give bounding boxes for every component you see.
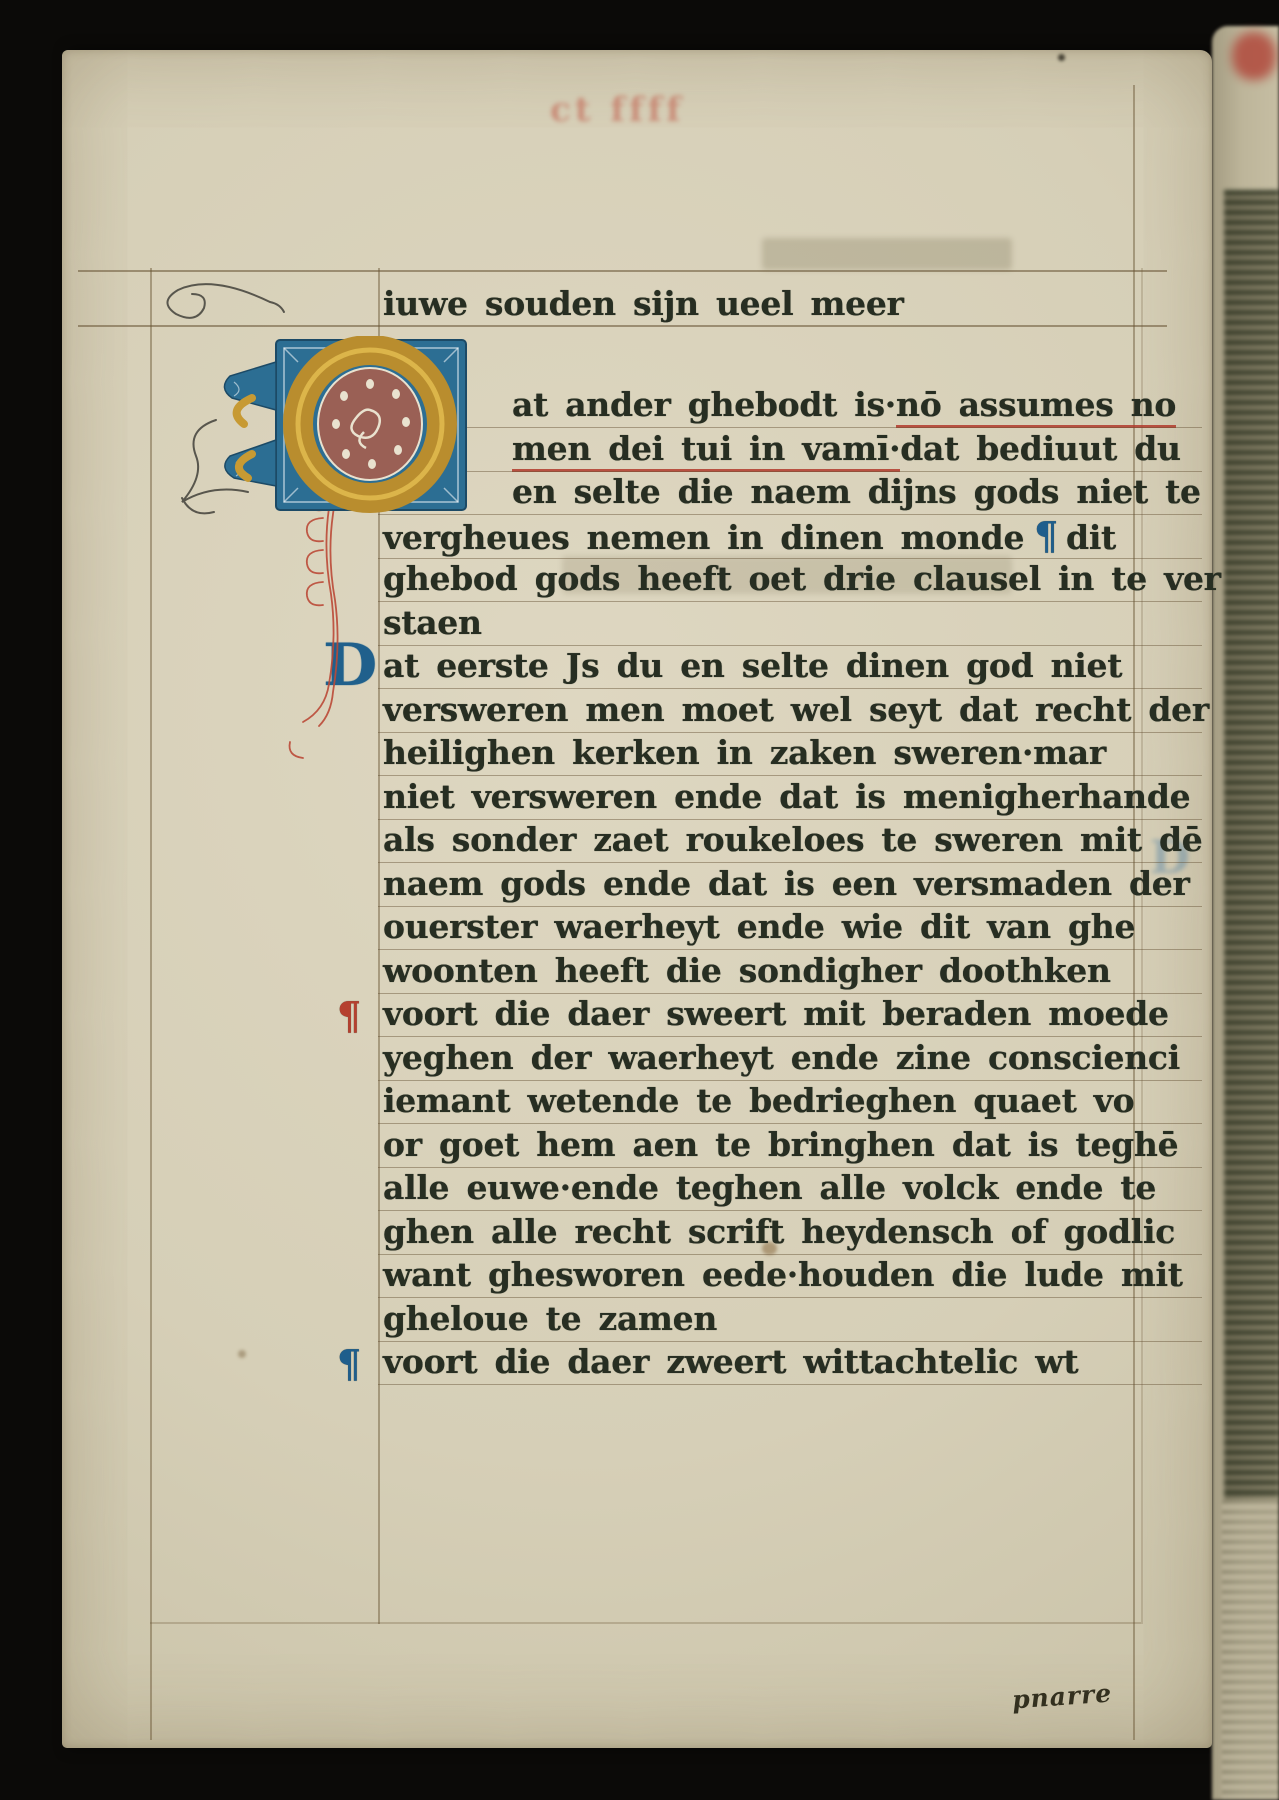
text-line: ouerster waerheyt ende wie dit van ghe bbox=[383, 905, 1211, 951]
fore-edge-next-leaf bbox=[1212, 26, 1279, 1800]
text-segment: ouerster waerheyt ende wie dit van ghe bbox=[383, 907, 1135, 946]
text-segment: or goet hem aen te bringhen dat is teghē bbox=[383, 1125, 1178, 1164]
text-line: als sonder zaet roukeloes te sweren mit … bbox=[383, 818, 1211, 864]
pilcrow-mark-blue: ¶ bbox=[1034, 513, 1058, 558]
manuscript-page: ct ffff D bbox=[62, 50, 1212, 1748]
text-segment: gheloue te zamen bbox=[383, 1299, 717, 1338]
text-segment: versweren men moet wel seyt dat recht de… bbox=[383, 690, 1209, 729]
text-line: want ghesworen eede·houden die lude mit bbox=[383, 1253, 1211, 1299]
text-segment: at eerste Js du en selte dinen god niet bbox=[383, 646, 1122, 685]
pilcrow-mark-red: ¶ bbox=[337, 994, 361, 1038]
illuminated-initial-D bbox=[218, 336, 473, 514]
text-segment: iuwe souden sijn ueel meer bbox=[383, 284, 904, 323]
text-line: ghen alle recht scrift heydensch of godl… bbox=[383, 1210, 1211, 1256]
text-line: vergheues nemen in dinen monde¶dit bbox=[383, 514, 1211, 560]
text-segment: dit bbox=[1066, 518, 1116, 557]
text-segment: dat bediuut du bbox=[900, 429, 1180, 468]
text-line: en selte die naem dijns gods niet te bbox=[512, 470, 1279, 516]
text-line: at ander ghebodt is·nō assumes no bbox=[512, 383, 1279, 429]
rubricated-latin-text: nō assumes no bbox=[896, 385, 1176, 428]
text-line: ghebod gods heeft oet drie clausel in te… bbox=[383, 557, 1211, 603]
rubricated-latin-text: men dei tui in vamī· bbox=[512, 429, 900, 472]
text-segment: als sonder zaet roukeloes te sweren mit … bbox=[383, 820, 1202, 859]
text-segment: en selte die naem dijns gods niet te bbox=[512, 472, 1201, 511]
text-segment: ghebod gods heeft oet drie clausel in te… bbox=[383, 559, 1221, 598]
text-segment: voort die daer sweert mit beraden moede bbox=[383, 994, 1169, 1033]
text-line: naem gods ende dat is een versmaden der bbox=[383, 862, 1211, 908]
text-line: or goet hem aen te bringhen dat is teghē bbox=[383, 1123, 1211, 1169]
text-segment: alle euwe·ende teghen alle volck ende te bbox=[383, 1168, 1156, 1207]
text-segment: niet versweren ende dat is menigherhande bbox=[383, 777, 1190, 816]
text-segment: staen bbox=[383, 603, 482, 642]
text-segment: want ghesworen eede·houden die lude mit bbox=[383, 1255, 1183, 1294]
text-segment: vergheues nemen in dinen monde bbox=[383, 518, 1024, 557]
text-line: iemant wetende te bedrieghen quaet vo bbox=[383, 1079, 1211, 1125]
fore-edge-lower-parchment bbox=[1222, 1500, 1279, 1800]
text-segment: iemant wetende te bedrieghen quaet vo bbox=[383, 1081, 1134, 1120]
text-segment: yeghen der waerheyt ende zine conscienci bbox=[383, 1038, 1180, 1077]
text-line: iuwe souden sijn ueel meer bbox=[383, 282, 1211, 328]
text-line: Dat eerste Js du en selte dinen god niet bbox=[383, 644, 1211, 690]
text-line: staen bbox=[383, 601, 1211, 647]
text-segment: woonten heeft die sondigher doothken bbox=[383, 951, 1111, 990]
text-segment: heilighen kerken in zaken sweren·mar bbox=[383, 733, 1106, 772]
text-line: gheloue te zamen bbox=[383, 1297, 1211, 1343]
text-line: heilighen kerken in zaken sweren·mar bbox=[383, 731, 1211, 777]
text-line: ¶voort die daer zweert wittachtelic wt bbox=[383, 1340, 1211, 1386]
text-line: alle euwe·ende teghen alle volck ende te bbox=[383, 1166, 1211, 1212]
text-line: versweren men moet wel seyt dat recht de… bbox=[383, 688, 1211, 734]
text-segment: ghen alle recht scrift heydensch of godl… bbox=[383, 1212, 1175, 1251]
text-line: woonten heeft die sondigher doothken bbox=[383, 949, 1211, 995]
text-line: niet versweren ende dat is menigherhande bbox=[383, 775, 1211, 821]
text-line: yeghen der waerheyt ende zine conscienci bbox=[383, 1036, 1211, 1082]
text-segment: voort die daer zweert wittachtelic wt bbox=[383, 1342, 1078, 1381]
pilcrow-mark-blue: ¶ bbox=[337, 1342, 361, 1386]
fore-edge-red-rubric bbox=[1232, 32, 1276, 80]
photo-stage: ct ffff D bbox=[0, 0, 1279, 1800]
text-segment: at ander ghebodt is· bbox=[512, 385, 896, 424]
text-segment: naem gods ende dat is een versmaden der bbox=[383, 864, 1190, 903]
text-line: men dei tui in vamī·dat bediuut du bbox=[512, 427, 1279, 473]
text-line: ¶voort die daer sweert mit beraden moede bbox=[383, 992, 1211, 1038]
